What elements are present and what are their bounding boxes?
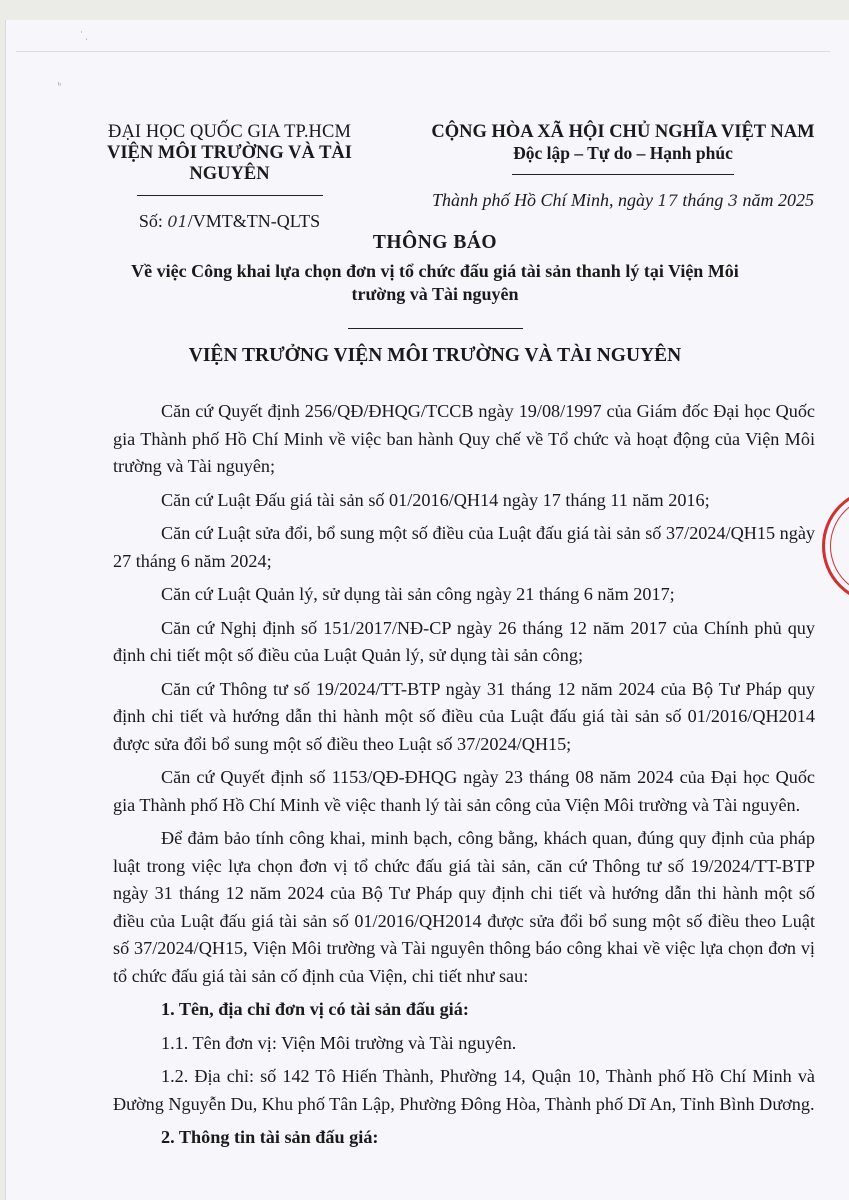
legal-basis-paragraph: Căn cứ Luật Đấu giá tài sản số 01/2016/Q…	[113, 487, 815, 515]
document-date: Thành phố Hồ Chí Minh, ngày 17 tháng 3 n…	[420, 190, 826, 211]
section-heading-1: 1. Tên, địa chỉ đơn vị có tài sản đấu gi…	[113, 996, 815, 1024]
issuer-header: ĐẠI HỌC QUỐC GIA TP.HCM VIỆN MÔI TRƯỜNG …	[72, 122, 387, 232]
legal-basis-paragraph: Căn cứ Luật sửa đổi, bổ sung một số điều…	[113, 520, 815, 575]
legal-basis-paragraph: Căn cứ Quyết định số 1153/QĐ-ĐHQG ngày 2…	[113, 764, 815, 819]
document-subject: Về việc Công khai lựa chọn đơn vị tổ chứ…	[90, 260, 780, 306]
handwritten-number: 01	[167, 212, 187, 231]
document-number: Số: 01/VMT&TN-QLTS	[72, 211, 387, 232]
legal-basis-paragraph: Căn cứ Nghị định số 151/2017/NĐ-CP ngày …	[113, 615, 815, 670]
handwritten-month: 3	[728, 191, 738, 210]
country-name: CỘNG HÒA XÃ HỘI CHỦ NGHĨA VIỆT NAM	[420, 122, 826, 143]
unit-name: 1.1. Tên đơn vị: Viện Môi trường và Tài …	[113, 1030, 815, 1058]
legal-basis-paragraph: Căn cứ Luật Quản lý, sử dụng tài sản côn…	[113, 581, 815, 609]
scan-edge-line	[16, 51, 830, 52]
legal-basis-paragraph: Căn cứ Thông tư số 19/2024/TT-BTP ngày 3…	[113, 676, 815, 759]
national-motto: Độc lập – Tự do – Hạnh phúc	[420, 143, 826, 164]
national-header: CỘNG HÒA XÃ HỘI CHỦ NGHĨA VIỆT NAM Độc l…	[420, 122, 826, 211]
unit-address: 1.2. Địa chỉ: số 142 Tô Hiến Thành, Phườ…	[113, 1063, 815, 1118]
issuing-organization: VIỆN MÔI TRƯỜNG VÀ TÀI NGUYÊN	[72, 143, 387, 185]
document-body: Căn cứ Quyết định 256/QĐ/ĐHQG/TCCB ngày …	[113, 398, 815, 1158]
legal-basis-paragraph: Căn cứ Quyết định 256/QĐ/ĐHQG/TCCB ngày …	[113, 398, 815, 481]
motto-divider	[512, 174, 734, 175]
section-heading-2: 2. Thông tin tài sản đấu giá:	[113, 1124, 815, 1152]
purpose-paragraph: Để đảm bảo tính công khai, minh bạch, cô…	[113, 825, 815, 990]
parent-organization: ĐẠI HỌC QUỐC GIA TP.HCM	[72, 122, 387, 143]
document-type: THÔNG BÁO	[90, 232, 780, 254]
title-block: THÔNG BÁO Về việc Công khai lựa chọn đơn…	[90, 232, 780, 367]
header-divider	[137, 195, 323, 196]
scan-speck: ˙ ˌ	[80, 30, 88, 40]
scan-speck: ʰ	[58, 80, 61, 90]
handwritten-day: 17	[657, 191, 677, 210]
title-divider	[348, 328, 523, 329]
issuing-authority: VIỆN TRƯỞNG VIỆN MÔI TRƯỜNG VÀ TÀI NGUYÊ…	[90, 345, 780, 367]
